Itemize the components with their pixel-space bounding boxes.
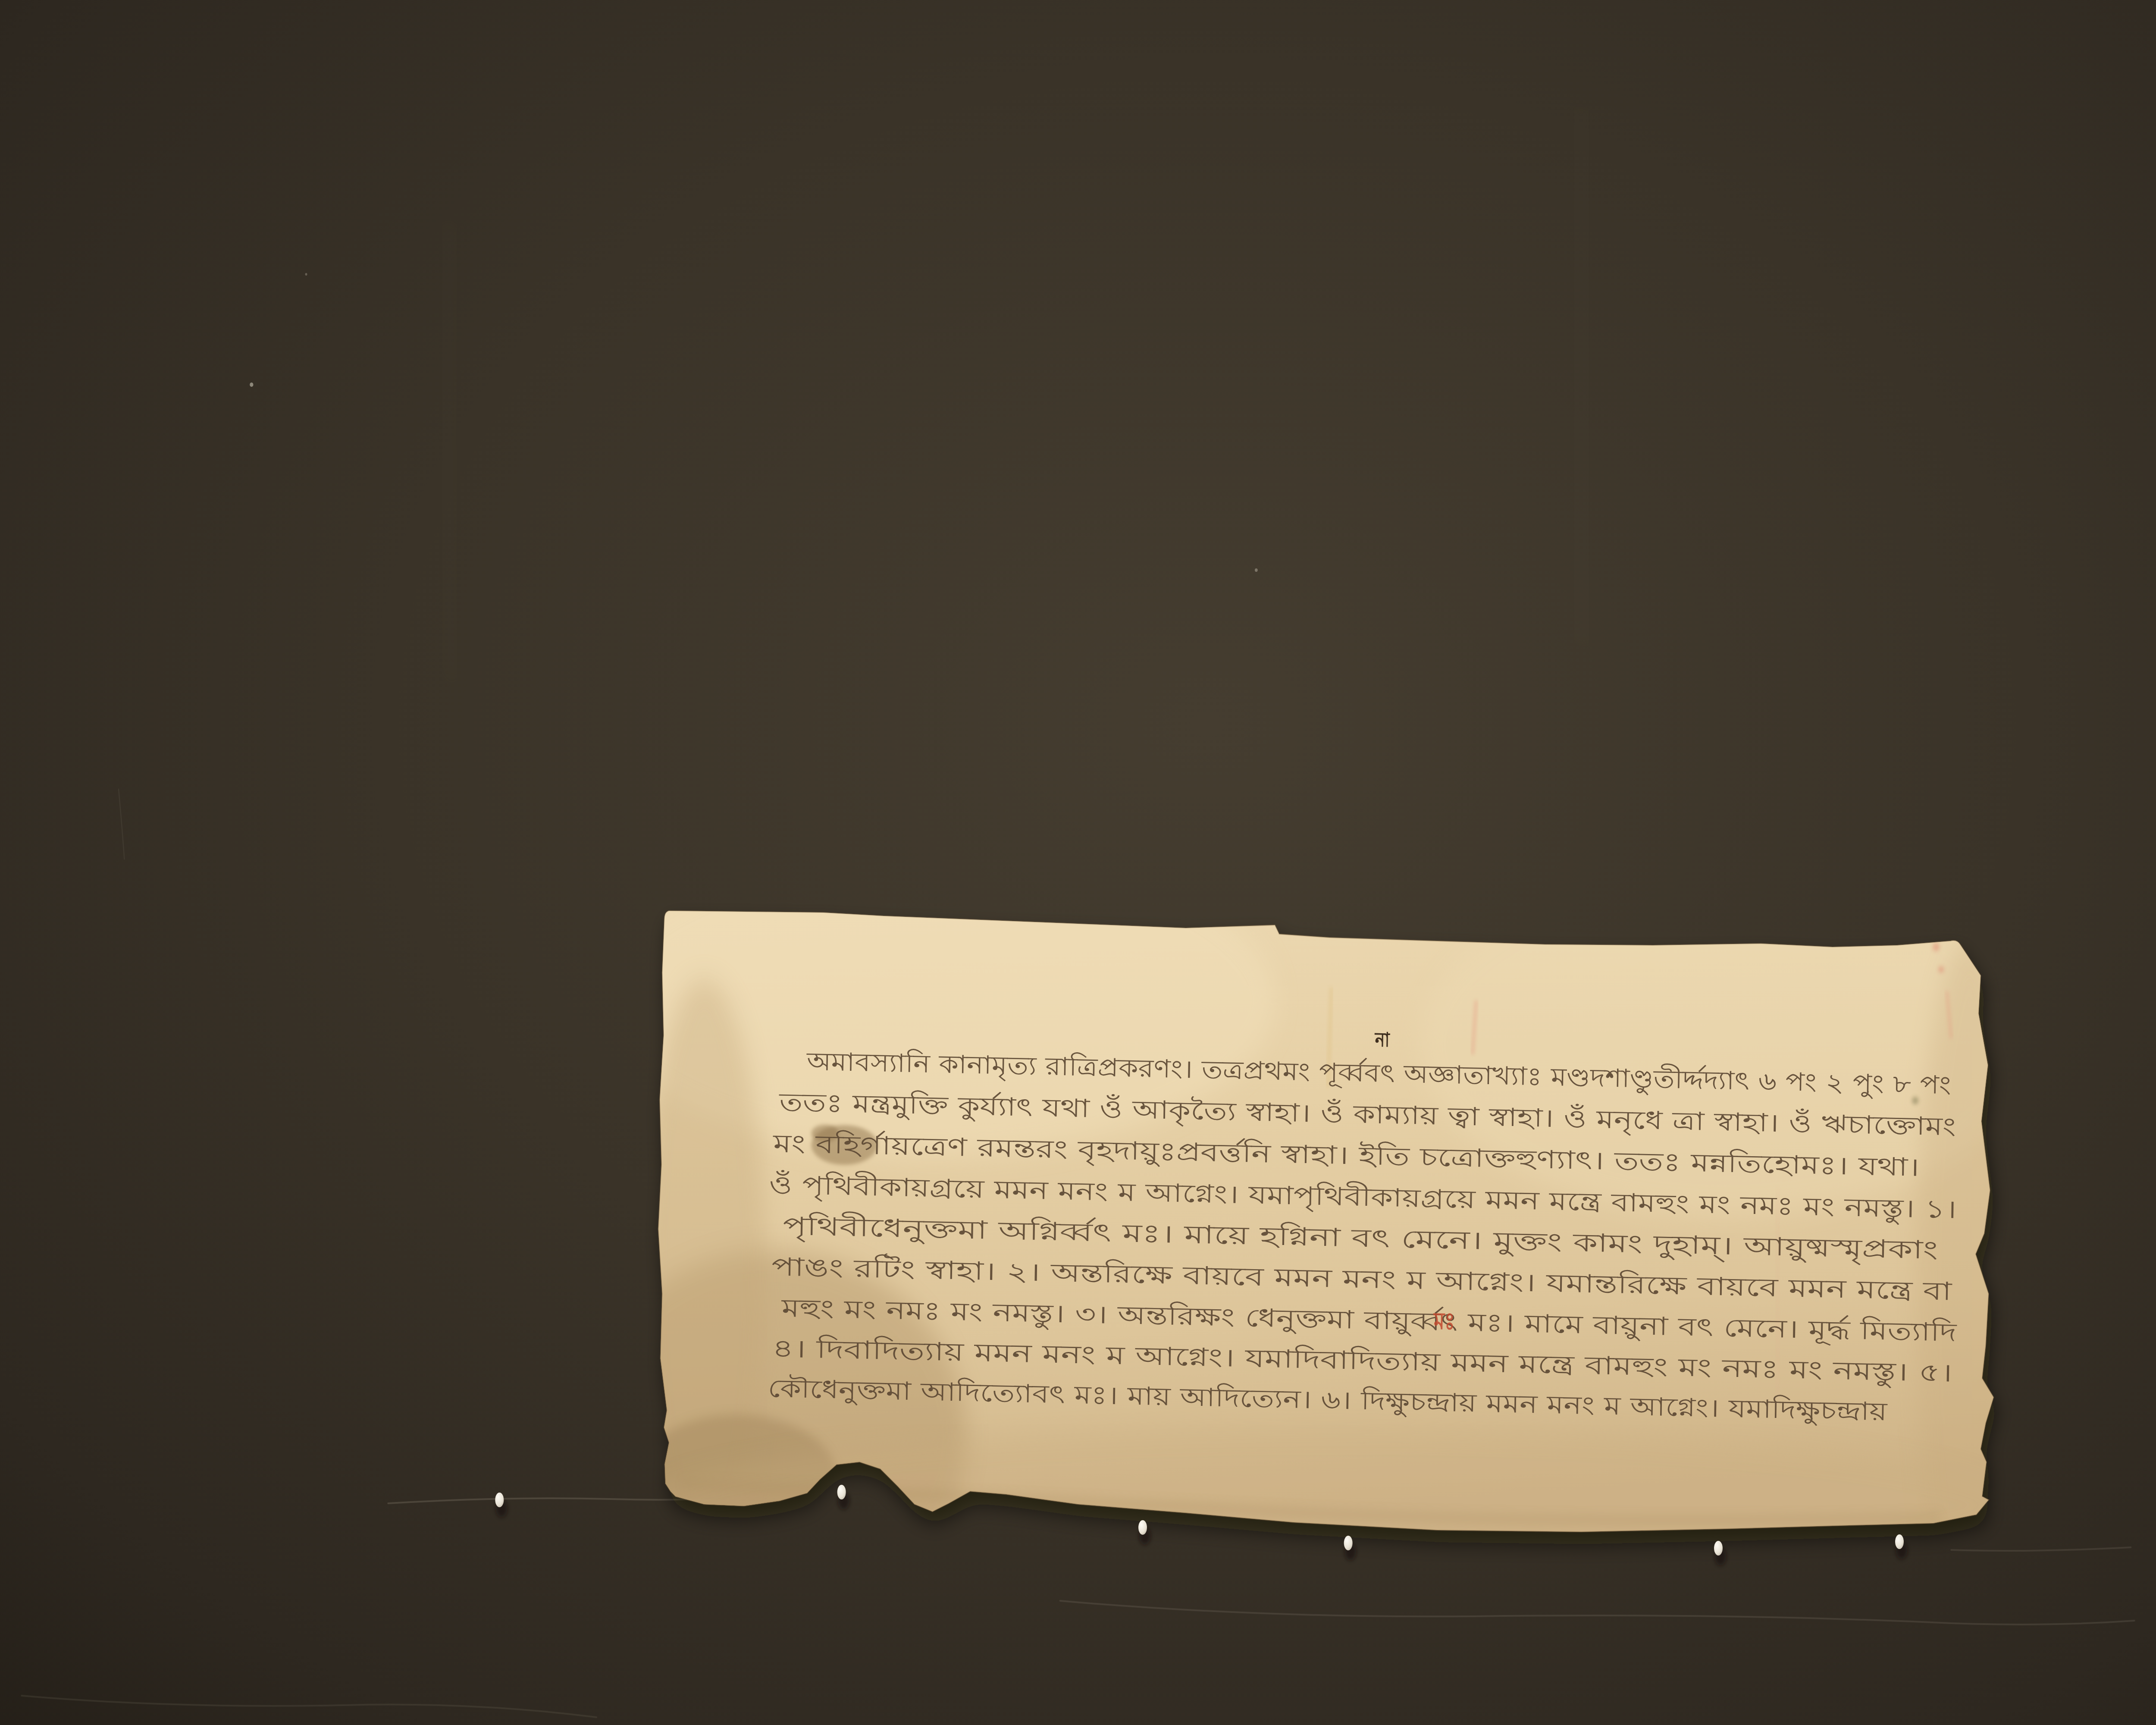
speck [1255,568,1258,572]
pin-head [1344,1536,1353,1550]
pink-speck [1938,966,1944,973]
pin-head [1714,1541,1723,1556]
pin-head [1138,1520,1147,1535]
pin-head [837,1485,846,1499]
sheen-band [1578,108,1585,647]
pink-speck [1933,943,1940,951]
speck [305,273,307,276]
sheen-band [446,216,453,690]
photograph: না অমাবস্যানি কানামৃত্য রাত্রিপ্রকরণং। ত… [0,0,2156,1725]
interlinear-note-text: না [1374,1028,1391,1051]
pin-head [495,1493,504,1507]
pin-head [1895,1534,1904,1549]
red-corrected-syllable: মঃ [1433,1307,1455,1335]
manuscript-photo-canvas: না অমাবস্যানি কানামৃত্য রাত্রিপ্রকরণং। ত… [0,0,2156,1725]
speck [250,383,253,387]
